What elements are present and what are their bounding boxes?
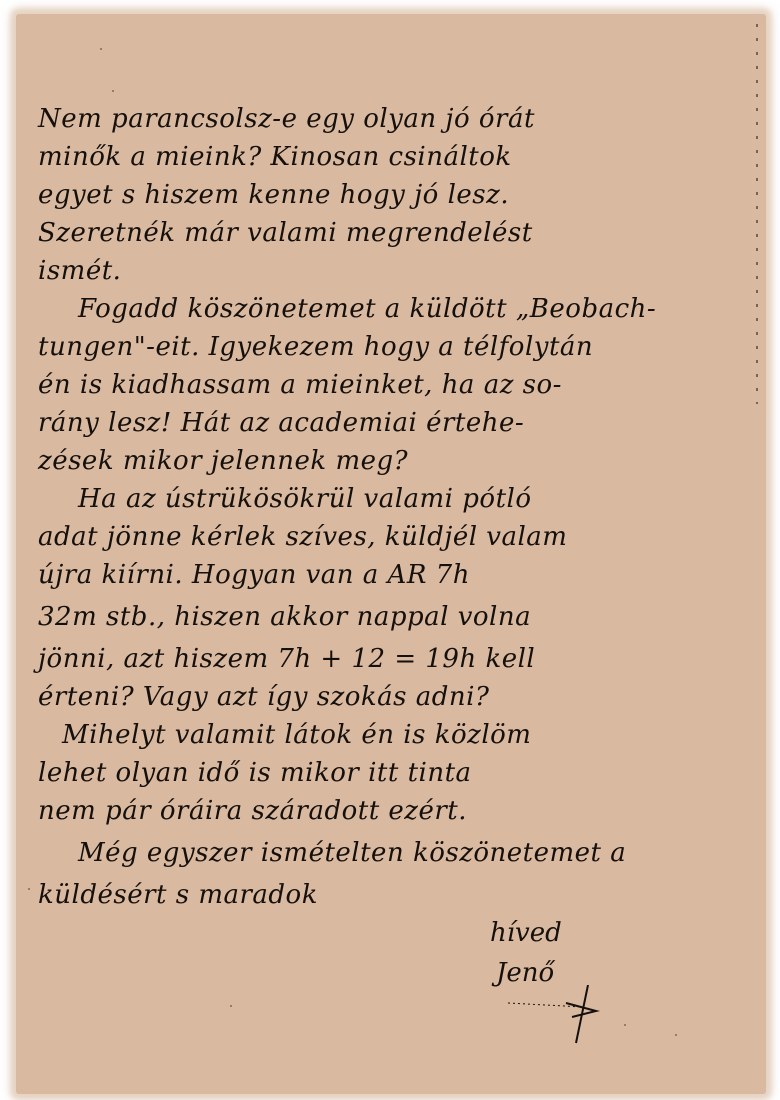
text-line: én is kiadhassam a mieinket, ha az so-	[38, 366, 738, 404]
text-line: Szeretnék már valami megrendelést	[38, 214, 738, 252]
paper-speck	[100, 48, 102, 50]
text-line: érteni? Vagy azt így szokás adni?	[38, 678, 738, 716]
text-line: Nem parancsolsz-e egy olyan jó órát	[38, 100, 738, 138]
paper-speck	[624, 1024, 626, 1026]
text-line: egyet s hiszem kenne hogy jó lesz.	[38, 176, 738, 214]
paper-speck	[28, 888, 30, 890]
text-line: ismét.	[38, 252, 738, 290]
text-line: adat jönne kérlek szíves, küldjél valam	[38, 518, 738, 556]
text-line: lehet olyan idő is mikor itt tinta	[38, 754, 738, 792]
text-line: küldésért s maradok	[38, 876, 738, 914]
paper-speck	[230, 1005, 232, 1007]
text-line: Még egyszer ismételten köszönetemet a	[38, 830, 738, 876]
signature-flourish-icon	[488, 985, 608, 1045]
text-line: Mihelyt valamit látok én is közlöm	[38, 716, 738, 754]
text-line: nem pár óráira száradott ezért.	[38, 792, 738, 830]
text-line: rány lesz! Hát az academiai értehe-	[38, 404, 738, 442]
edge-perforation	[756, 24, 758, 404]
page: Nem parancsolsz-e egy olyan jó órát minő…	[0, 0, 780, 1100]
text-line: újra kiírni. Hogyan van a AR 7h	[38, 556, 738, 594]
text-line: tungen"-eit. Igyekezem hogy a télfolytán	[38, 328, 738, 366]
paper-speck	[112, 90, 114, 92]
text-line: jönni, azt hiszem 7h + 12 = 19h kell	[38, 640, 738, 678]
text-line: zések mikor jelennek meg?	[38, 442, 738, 480]
letter-body: Nem parancsolsz-e egy olyan jó órát minő…	[38, 100, 738, 914]
text-line: Ha az ústrükösökrül valami pótló	[38, 480, 738, 518]
text-line: Fogadd köszönetemet a küldött „Beobach-	[38, 290, 738, 328]
paper-speck	[675, 1034, 677, 1036]
text-line: minők a mieink? Kinosan csináltok	[38, 138, 738, 176]
text-line: 32m stb., hiszen akkor nappal volna	[38, 594, 738, 640]
closing-word: híved	[490, 918, 562, 958]
